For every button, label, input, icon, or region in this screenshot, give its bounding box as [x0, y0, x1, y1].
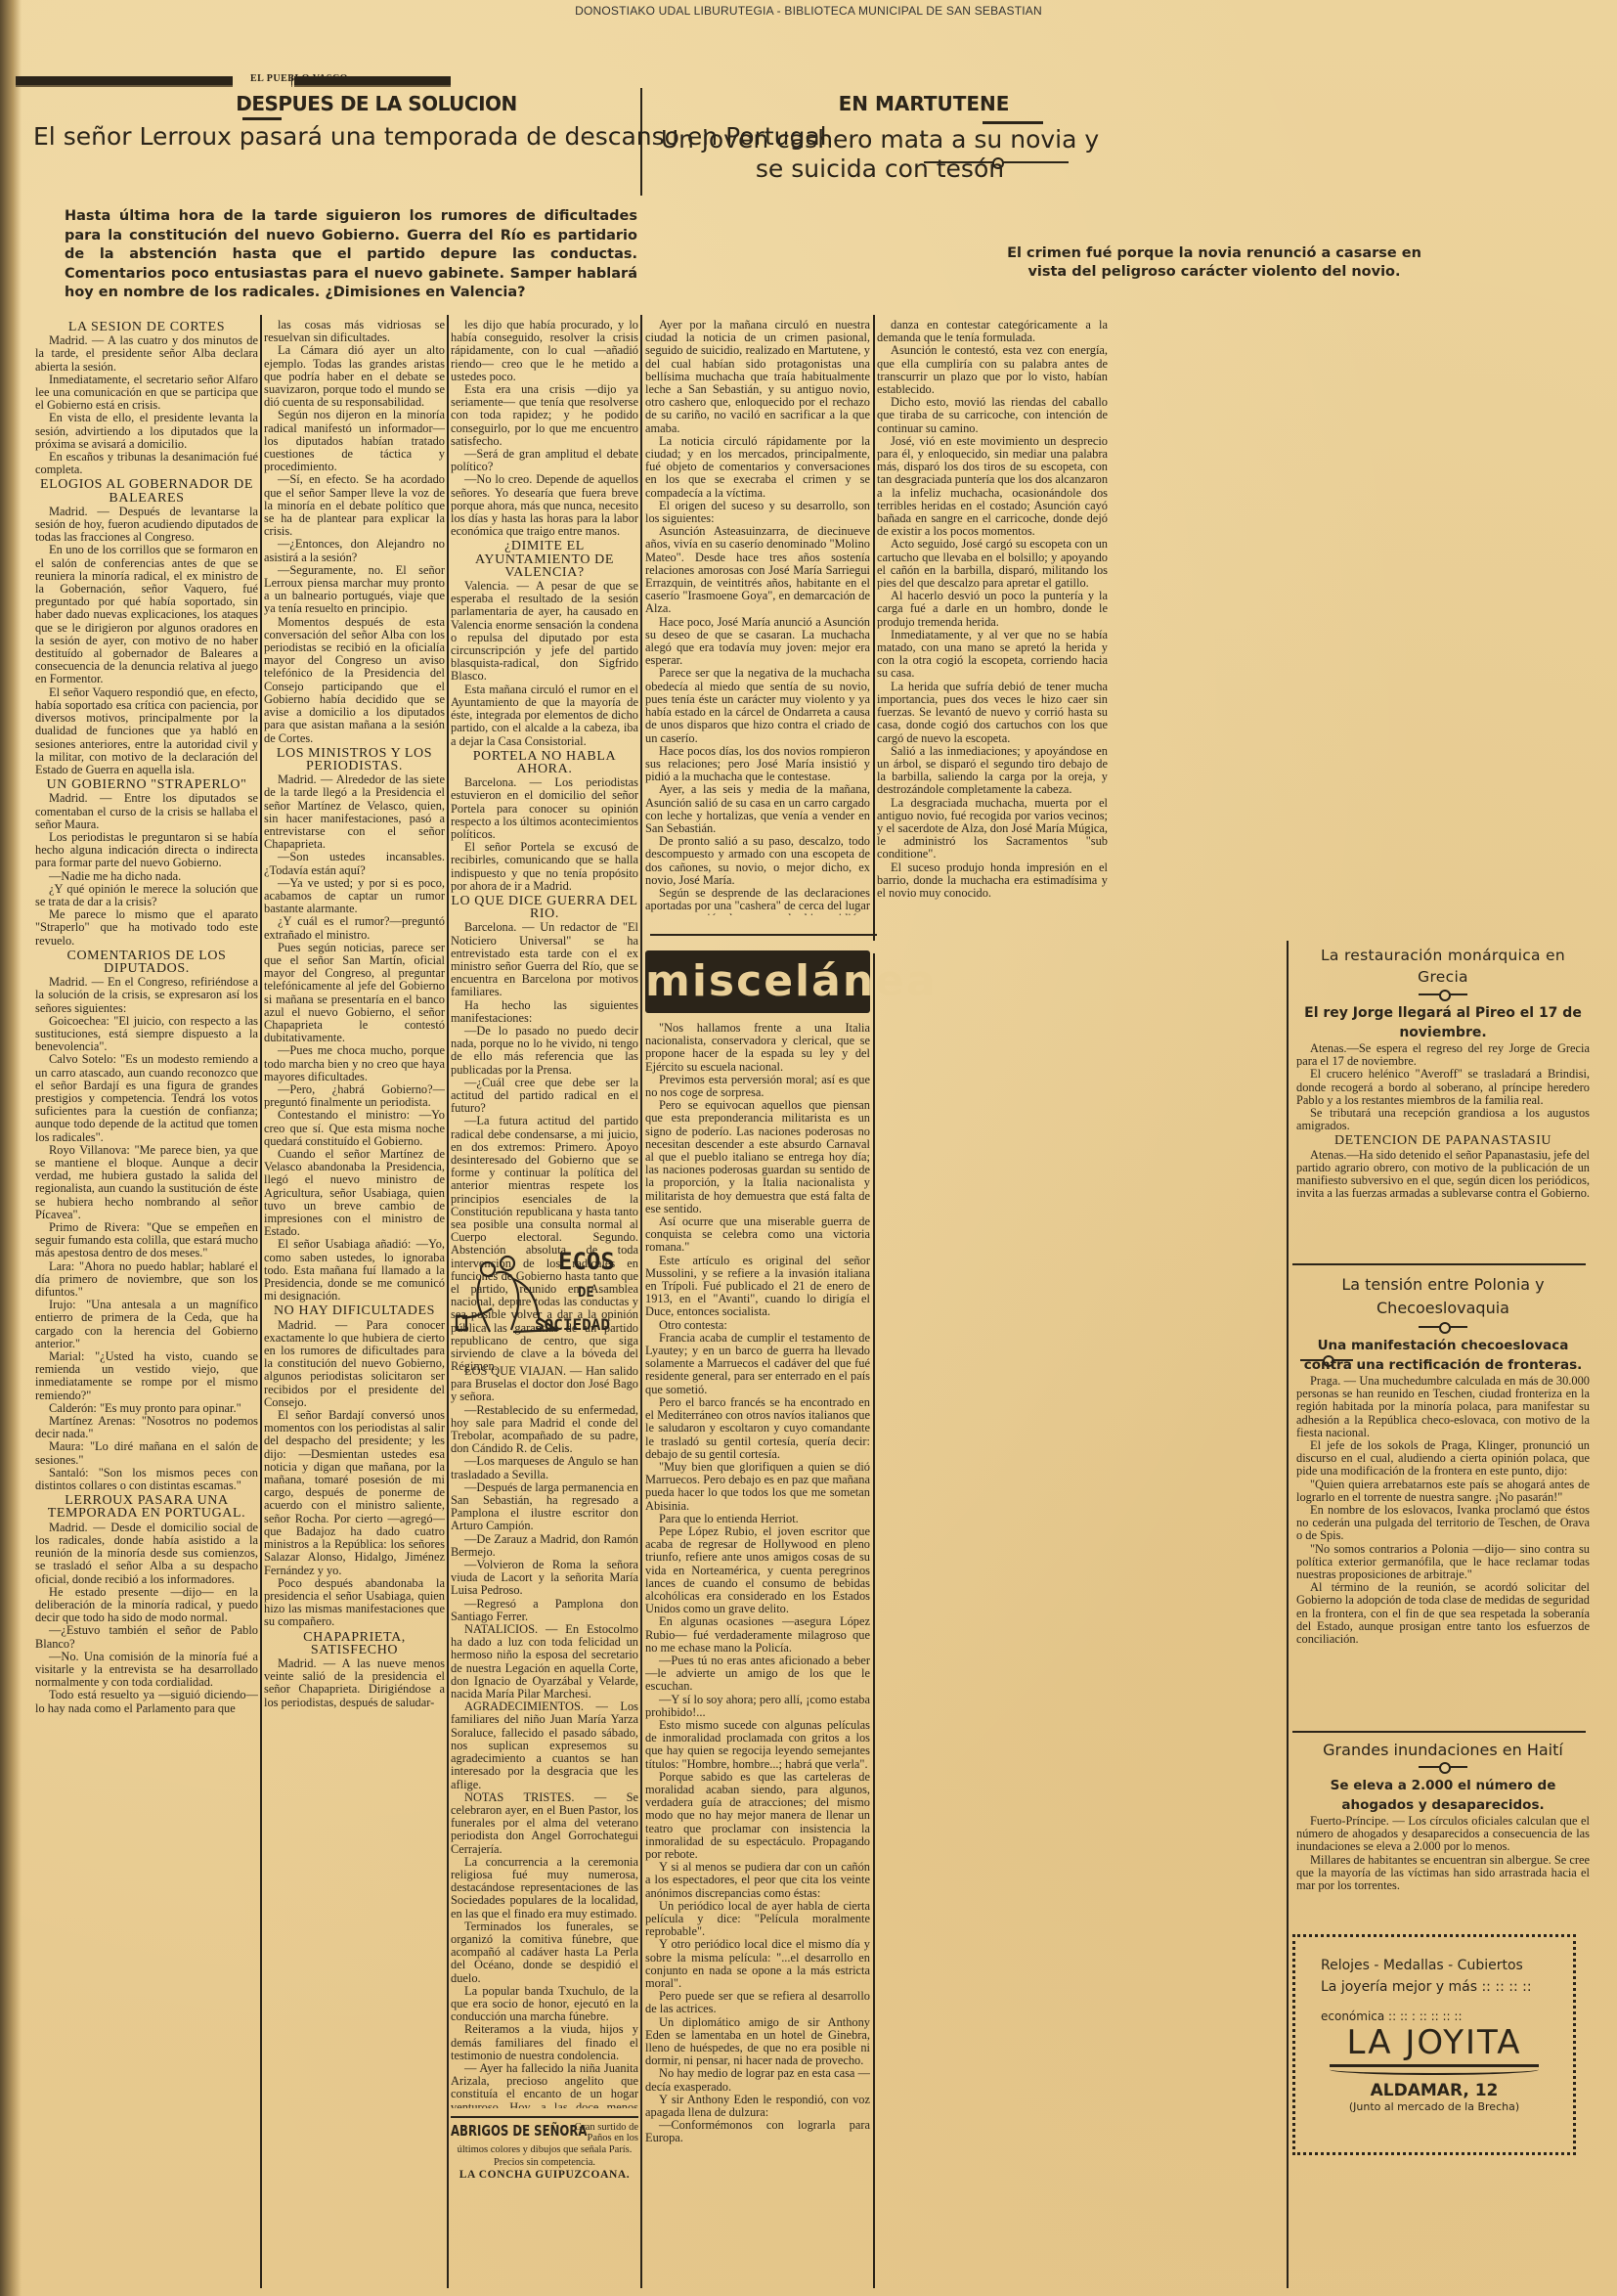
paragraph: Hace poco, José María anunció a Asunción… [645, 616, 870, 668]
ad-abrigos-line3: Precios sin competencia. [451, 2156, 638, 2169]
paragraph: Barcelona. — Los periodistas estuvieron … [451, 776, 638, 841]
paragraph: —Sí, en efecto. Se ha acordado que el se… [264, 473, 445, 538]
paragraph: Millares de habitantes se encuentran sin… [1296, 1854, 1590, 1893]
paragraph: AGRADECIMIENTOS. — Los familiares del ni… [451, 1700, 638, 1790]
paragraph: Según nos dijeron en la minoría radical … [264, 409, 445, 473]
ad-abrigos: ABRIGOS DE SEÑORA Gran surtido de Paños … [451, 2122, 638, 2210]
grecia-body: Atenas.—Se espera el regreso del rey Jor… [1296, 1042, 1590, 1200]
ad-abrigos-shop: LA CONCHA GUIPUZCOANA. [451, 2169, 638, 2181]
running-head: EL PUEBLO VASCO [16, 74, 1584, 88]
paragraph: NATALICIOS. — En Estocolmo ha dado a luz… [451, 1623, 638, 1700]
paragraph: La Cámara dió ayer un alto ejemplo. Toda… [264, 344, 445, 409]
paragraph: La popular banda Txuchulo, de la que era… [451, 1985, 638, 2024]
paragraph: Salió a las inmediaciones; y apoyándose … [877, 745, 1108, 797]
paragraph: —Después de larga permanencia en San Seb… [451, 1481, 638, 1533]
paragraph: El origen del suceso y su desarrollo, so… [645, 500, 870, 525]
paragraph: Este artículo es original del señor Muss… [645, 1255, 870, 1319]
paragraph: Fuerto-Príncipe. — Los círculos oficiale… [1296, 1815, 1590, 1854]
ad-la-joyita: Relojes - Medallas - Cubiertos La joyerí… [1292, 1934, 1576, 2155]
section-title: PORTELA NO HABLA AHORA. [451, 750, 638, 775]
paragraph: Esta era una crisis —dijo ya seriamente—… [451, 383, 638, 448]
paragraph: —Los marqueses de Angulo se han traslada… [451, 1455, 638, 1480]
ad-joyita-line2: La joyería mejor y más :: :: :: :: [1321, 1976, 1573, 1998]
paragraph: Hace pocos días, los dos novios rompiero… [645, 745, 870, 784]
ad-joyita-note: (Junto al mercado de la Brecha) [1295, 2100, 1573, 2113]
paragraph: — Ayer ha fallecido la niña Juanita Ariz… [451, 2062, 638, 2108]
column-rule [260, 315, 262, 2288]
ecos-illustration-icon: ECOS DE SOCIEDAD [453, 1240, 638, 1346]
miscelanea-column: "Nos hallamos frente a una Italia nacion… [645, 1022, 870, 2287]
section-divider [1292, 1263, 1586, 1265]
martutene-column-1: Ayer por la mañana circuló en nuestra ci… [645, 319, 870, 915]
paragraph: —¿Entonces, don Alejandro no asistirá a … [264, 538, 445, 563]
paragraph: Terminados los funerales, se organizó la… [451, 1921, 638, 1985]
left-kicker: DESPUES DE LA SOLUCION [156, 92, 596, 115]
paragraph: Madrid. — Desde el domicilio social de l… [35, 1522, 258, 1586]
paragraph: Reiteramos a la viuda, hijos y demás fam… [451, 2023, 638, 2062]
paragraph: Atenas.—Ha sido detenido el señor Papana… [1296, 1149, 1590, 1201]
paragraph: ¿Y qué opinión le merece la solución que… [35, 883, 258, 908]
ecos-title: ECOS [558, 1248, 615, 1275]
grecia-headline: La restauración monárquica en Grecia [1296, 945, 1590, 988]
paragraph: Ayer por la mañana circuló en nuestra ci… [645, 319, 870, 435]
paragraph: Atenas.—Se espera el regreso del rey Jor… [1296, 1042, 1590, 1068]
paragraph: Un periódico local de ayer habla de cier… [645, 1900, 870, 1939]
paragraph: Todo está resuelto ya —siguió diciendo— … [35, 1689, 258, 1714]
haiti-subhead: Se eleva a 2.000 el número de ahogados y… [1296, 1776, 1590, 1815]
left-headline: El señor Lerroux pasará una temporada de… [33, 121, 647, 153]
left-deck: Hasta última hora de la tarde siguieron … [65, 207, 637, 303]
paragraph: Pero puede ser que se refiera al desarro… [645, 1990, 870, 2015]
paragraph: —Ya ve usted; y por si es poco, acabamos… [264, 877, 445, 916]
paragraph: El crucero helénico "Averoff" se traslad… [1296, 1068, 1590, 1107]
paragraph: —Y sí lo soy ahora; pero allí, ¡como est… [645, 1694, 870, 1719]
paragraph: Pero se equivocan aquellos que piensan q… [645, 1099, 870, 1215]
paragraph: —¿Cuál cree que debe ser la actitud del … [451, 1077, 638, 1116]
section-title: NO HAY DIFICULTADES [264, 1304, 445, 1317]
paragraph: —Son ustedes incansables. ¿Todavía están… [264, 851, 445, 876]
paragraph: —Restablecido de su enfermedad, hoy sale… [451, 1404, 638, 1456]
paragraph: —¿Estuvo también el señor de Pablo Blanc… [35, 1624, 258, 1650]
paragraph: La desgraciada muchacha, muerta por el a… [877, 797, 1108, 861]
paragraph: Ayer, a las seis y media de la mañana, A… [645, 783, 870, 835]
section-title: DETENCION DE PAPANASTASIU [1296, 1134, 1590, 1147]
paragraph: No hay medio de lograr paz en esta casa … [645, 2067, 870, 2093]
paragraph: —No. Una comisión de la minoría fué a vi… [35, 1651, 258, 1690]
paragraph: —Pues me choca mucho, porque todo marcha… [264, 1044, 445, 1083]
paragraph: "Muy bien que glorifiquen a quien se dió… [645, 1461, 870, 1513]
paragraph: Parece ser que la negativa de la muchach… [645, 667, 870, 744]
paragraph: Pero el barco francés se ha encontrado e… [645, 1396, 870, 1461]
paragraph: Inmediatamente, y al ver que no se había… [877, 629, 1108, 681]
paragraph: Calvo Sotelo: "Es un modesto remiendo a … [35, 1053, 258, 1143]
section-title: LOS MINISTROS Y LOS PERIODISTAS. [264, 747, 445, 773]
paragraph: Momentos después de esta conversación de… [264, 616, 445, 745]
haiti-body: Fuerto-Príncipe. — Los círculos oficiale… [1296, 1815, 1590, 1892]
section-title: CHAPAPRIETA, SATISFECHO [264, 1631, 445, 1656]
paragraph: les dijo que había procurado, y lo había… [451, 319, 638, 383]
running-head-rule-left [16, 76, 233, 85]
paragraph: Los periodistas le preguntaron si se hab… [35, 831, 258, 870]
paragraph: Asunción le contestó, esta vez con energ… [877, 344, 1108, 396]
paragraph: —No lo creo. Depende de aquellos señores… [451, 473, 638, 538]
article-column-1: LA SESION DE CORTESMadrid. — A las cuatr… [35, 319, 258, 2286]
polonia-headline: La tensión entre Polonia y Checoeslovaqu… [1296, 1273, 1590, 1320]
paragraph: El señor Usabiaga añadió: —Yo, como sabe… [264, 1238, 445, 1303]
right-headline: Un joven cashero mata a su novia y se su… [645, 125, 1114, 184]
paragraph: Lara: "Ahora no puedo hablar; hablaré el… [35, 1260, 258, 1300]
paragraph: Madrid. — Alrededor de las siete de la t… [264, 773, 445, 851]
paragraph: Madrid. — En el Congreso, refiriéndose a… [35, 976, 258, 1015]
polonia-body: Praga. — Una muchedumbre calculada en má… [1296, 1375, 1590, 1646]
paragraph: El suceso produjo honda impresión en el … [877, 861, 1108, 901]
paragraph: La herida que sufría debió de tener much… [877, 681, 1108, 745]
paragraph: Ha hecho las siguientes manifestaciones: [451, 999, 638, 1025]
paragraph: Al hacerlo desvió un poco la puntería y … [877, 590, 1108, 629]
paragraph: Y sir Anthony Eden le respondió, con voz… [645, 2094, 870, 2119]
paragraph: Primo de Rivera: "Que se empeñen en segu… [35, 1221, 258, 1260]
ecos-de: DE [578, 1285, 594, 1301]
paragraph: Dicho esto, movió las riendas del caball… [877, 396, 1108, 435]
paragraph: Royo Villanova: "Me parece bien, ya que … [35, 1144, 258, 1221]
paragraph: Inmediatamente, el secretario señor Alfa… [35, 374, 258, 413]
column-rule [640, 315, 642, 2288]
paragraph: El señor Portela se excusó de recibirles… [451, 841, 638, 893]
paragraph: —Pues tú no eras antes aficionado a bebe… [645, 1655, 870, 1694]
paragraph: Y si al menos se pudiera dar con un cañó… [645, 1861, 870, 1900]
paragraph: Madrid. — Entre los diputados se comenta… [35, 792, 258, 831]
paragraph: En escaños y tribunas la desanimación fu… [35, 451, 258, 476]
paragraph: Me parece lo mismo que el aparato "Strap… [35, 908, 258, 948]
paragraph: NOTAS TRISTES. — Se celebraron ayer, en … [451, 1791, 638, 1856]
ad-joyita-name: LA JOYITA [1295, 2023, 1573, 2062]
section-title: ¿DIMITE EL AYUNTAMIENTO DE VALENCIA? [451, 540, 638, 579]
paragraph: —Regresó a Pamplona don Santiago Ferrer. [451, 1598, 638, 1623]
paragraph: Irujo: "Una antesala a un magnífico enti… [35, 1299, 258, 1350]
ad-abrigos-title: ABRIGOS DE SEÑORA [451, 2122, 543, 2140]
right-deck: El crimen fué porque la novia renunció a… [999, 244, 1429, 282]
paragraph: La concurrencia a la ceremonia religiosa… [451, 1856, 638, 1921]
paragraph: Pues según noticias, parece ser que el s… [264, 942, 445, 1045]
ad-joyita-line3: económica :: :: : :: :: :: :: [1321, 2009, 1573, 2023]
paragraph: Un diplomático amigo de sir Anthony Eden… [645, 2016, 870, 2068]
section-title: LA SESION DE CORTES [35, 321, 258, 333]
paragraph: De pronto salió a su paso, descalzo, tod… [645, 835, 870, 887]
paragraph: Santaló: "Son los mismos peces con disti… [35, 1467, 258, 1492]
paragraph: Asunción Asteasuinzarra, de diecinueve a… [645, 525, 870, 615]
paragraph: En uno de los corrillos que se formaron … [35, 544, 258, 685]
paragraph: Y otro periódico local dice el mismo día… [645, 1938, 870, 1990]
paragraph: He estado presente —dijo— en la delibera… [35, 1586, 258, 1625]
ad-joyita-line1: Relojes - Medallas - Cubiertos [1321, 1955, 1573, 1976]
column-rule [873, 953, 875, 2288]
paragraph: Acto seguido, José cargó su escopeta con… [877, 538, 1108, 590]
section-title: COMENTARIOS DE LOS DIPUTADOS. [35, 949, 258, 975]
paragraph: El jefe de los sokols de Praga, Klinger,… [1296, 1439, 1590, 1479]
haiti-story: Grandes inundaciones en Haití Se eleva a… [1296, 1739, 1590, 1892]
paragraph: Francia acaba de cumplir el testamento d… [645, 1332, 870, 1396]
ecos-sociedad: SOCIEDAD [535, 1315, 610, 1334]
paragraph: Previmos esta perversión moral; así es q… [645, 1074, 870, 1099]
paragraph: Otro contesta: [645, 1319, 870, 1332]
haiti-headline: Grandes inundaciones en Haití [1296, 1739, 1590, 1762]
paragraph: LOS QUE VIAJAN. — Han salido para Brusel… [451, 1365, 638, 1404]
paragraph: —Conformémonos con lograrla para Europa. [645, 2119, 870, 2144]
ecos-banner: ECOS DE SOCIEDAD [453, 1240, 638, 1346]
paragraph: ¿Y cuál es el rumor?—preguntó extrañado … [264, 915, 445, 941]
section-divider [1292, 1731, 1586, 1733]
paragraph: Valencia. — A pesar de que se esperaba e… [451, 580, 638, 684]
archive-header: DONOSTIAKO UDAL LIBURUTEGIA - BIBLIOTECA… [0, 4, 1617, 18]
paragraph: Barcelona. — Un redactor de "El Noticier… [451, 921, 638, 998]
ecos-column: LOS QUE VIAJAN. — Han salido para Brusel… [451, 1365, 638, 2108]
paragraph: Poco después abandonaba la presidencia e… [264, 1577, 445, 1629]
paragraph: —De Zarauz a Madrid, don Ramón Bermejo. [451, 1533, 638, 1559]
grecia-story: La restauración monárquica en Grecia El … [1296, 945, 1590, 1200]
paragraph: —Nadie me ha dicho nada. [35, 870, 258, 883]
paragraph: Al término de la reunión, se acordó soli… [1296, 1581, 1590, 1646]
article-column-2: las cosas más vidriosas se resuelvan sin… [264, 319, 445, 2286]
paragraph: danza en contestar categóricamente a la … [877, 319, 1108, 344]
section-title: UN GOBIERNO "STRAPERLO" [35, 778, 258, 791]
paragraph: La noticia circuló rápidamente por la ci… [645, 435, 870, 500]
paragraph: El señor Bardají conversó unos momentos … [264, 1409, 445, 1577]
paragraph: —De lo pasado no puedo decir nada, porqu… [451, 1025, 638, 1077]
ad-joyita-address: ALDAMAR, 12 [1295, 2081, 1573, 2100]
paragraph: Maura: "Lo diré mañana en el salón de se… [35, 1440, 258, 1466]
paragraph: Praga. — Una muchedumbre calculada en má… [1296, 1375, 1590, 1439]
paragraph: —Será de gran amplitud el debate polític… [451, 448, 638, 473]
grecia-subhead: El rey Jorge llegará al Pireo el 17 de n… [1296, 1003, 1590, 1042]
paragraph: Así ocurre que una miserable guerra de c… [645, 1215, 870, 1255]
paragraph: "No somos contrarios a Polonia —dijo— si… [1296, 1543, 1590, 1582]
column-rule [873, 315, 875, 941]
polonia-subhead: Una manifestación checoeslovaca contra u… [1296, 1336, 1590, 1375]
paragraph: Goicoechea: "El juicio, con respecto a l… [35, 1015, 258, 1054]
paragraph: "Quien quiera arrebatarnos este país se … [1296, 1479, 1590, 1504]
section-title: ELOGIOS AL GOBERNADOR DE BALEARES [35, 478, 258, 504]
miscelanea-banner: miscelánea [645, 950, 870, 1013]
polonia-story: La tensión entre Polonia y Checoeslovaqu… [1296, 1273, 1590, 1646]
paragraph: Martínez Arenas: "Nosotros no podemos de… [35, 1415, 258, 1440]
section-title: LERROUX PASARA UNA TEMPORADA EN PORTUGAL… [35, 1494, 258, 1520]
paragraph: Según se desprende de las declaraciones … [645, 887, 870, 915]
paragraph: Madrid. — A las nueve menos veinte salió… [264, 1657, 445, 1709]
column-rule [447, 315, 449, 2288]
paragraph: Madrid. — Después de levantarse la sesió… [35, 506, 258, 545]
paragraph: Porque sabido es que las carteleras de m… [645, 1771, 870, 1861]
martutene-column-2: danza en contestar categóricamente a la … [877, 319, 1108, 915]
paragraph: En algunas ocasiones —asegura López Rubi… [645, 1615, 870, 1655]
ad-abrigos-line2: últimos colores y dibujos que señala Par… [451, 2143, 638, 2156]
paragraph: Madrid. — A las cuatro y dos minutos de … [35, 334, 258, 374]
paragraph: José, vió en este movimiento un despreci… [877, 435, 1108, 539]
paragraph: Para que lo entienda Herriot. [645, 1513, 870, 1525]
paragraph: "Nos hallamos frente a una Italia nacion… [645, 1022, 870, 1074]
paragraph: En nombre de los eslovacos, Ivanka procl… [1296, 1504, 1590, 1543]
column-rule [1287, 941, 1289, 2288]
paragraph: Cuando el señor Martínez de Velasco aban… [264, 1148, 445, 1238]
paragraph: El señor Vaquero respondió que, en efect… [35, 686, 258, 776]
paragraph: —Seguramente, no. El señor Lerroux piens… [264, 564, 445, 616]
paragraph: Esta mañana circuló el rumor en el Ayunt… [451, 684, 638, 748]
paragraph: Pepe López Rubio, el joven escritor que … [645, 1525, 870, 1615]
paragraph: —Pero, ¿habrá Gobierno?—preguntó finalme… [264, 1083, 445, 1109]
paragraph: En vista de ello, el presidente levanta … [35, 412, 258, 451]
right-kicker: EN MARTUTENE [802, 92, 1046, 115]
page-binding-shadow [0, 0, 22, 2296]
paragraph: Marial: "¿Usted ha visto, cuando se remi… [35, 1350, 258, 1402]
paragraph: Esto mismo sucede con algunas películas … [645, 1719, 870, 1771]
section-divider [650, 934, 877, 936]
paragraph: las cosas más vidriosas se resuelvan sin… [264, 319, 445, 344]
section-title: LO QUE DICE GUERRA DEL RIO. [451, 895, 638, 920]
paragraph: Contestando el ministro: —Yo creo que sí… [264, 1109, 445, 1148]
paragraph: —Volvieron de Roma la señora viuda de La… [451, 1559, 638, 1598]
paragraph: Se tributará una recepción grandiosa a l… [1296, 1107, 1590, 1132]
paragraph: Madrid. — Para conocer exactamente lo qu… [264, 1319, 445, 1409]
